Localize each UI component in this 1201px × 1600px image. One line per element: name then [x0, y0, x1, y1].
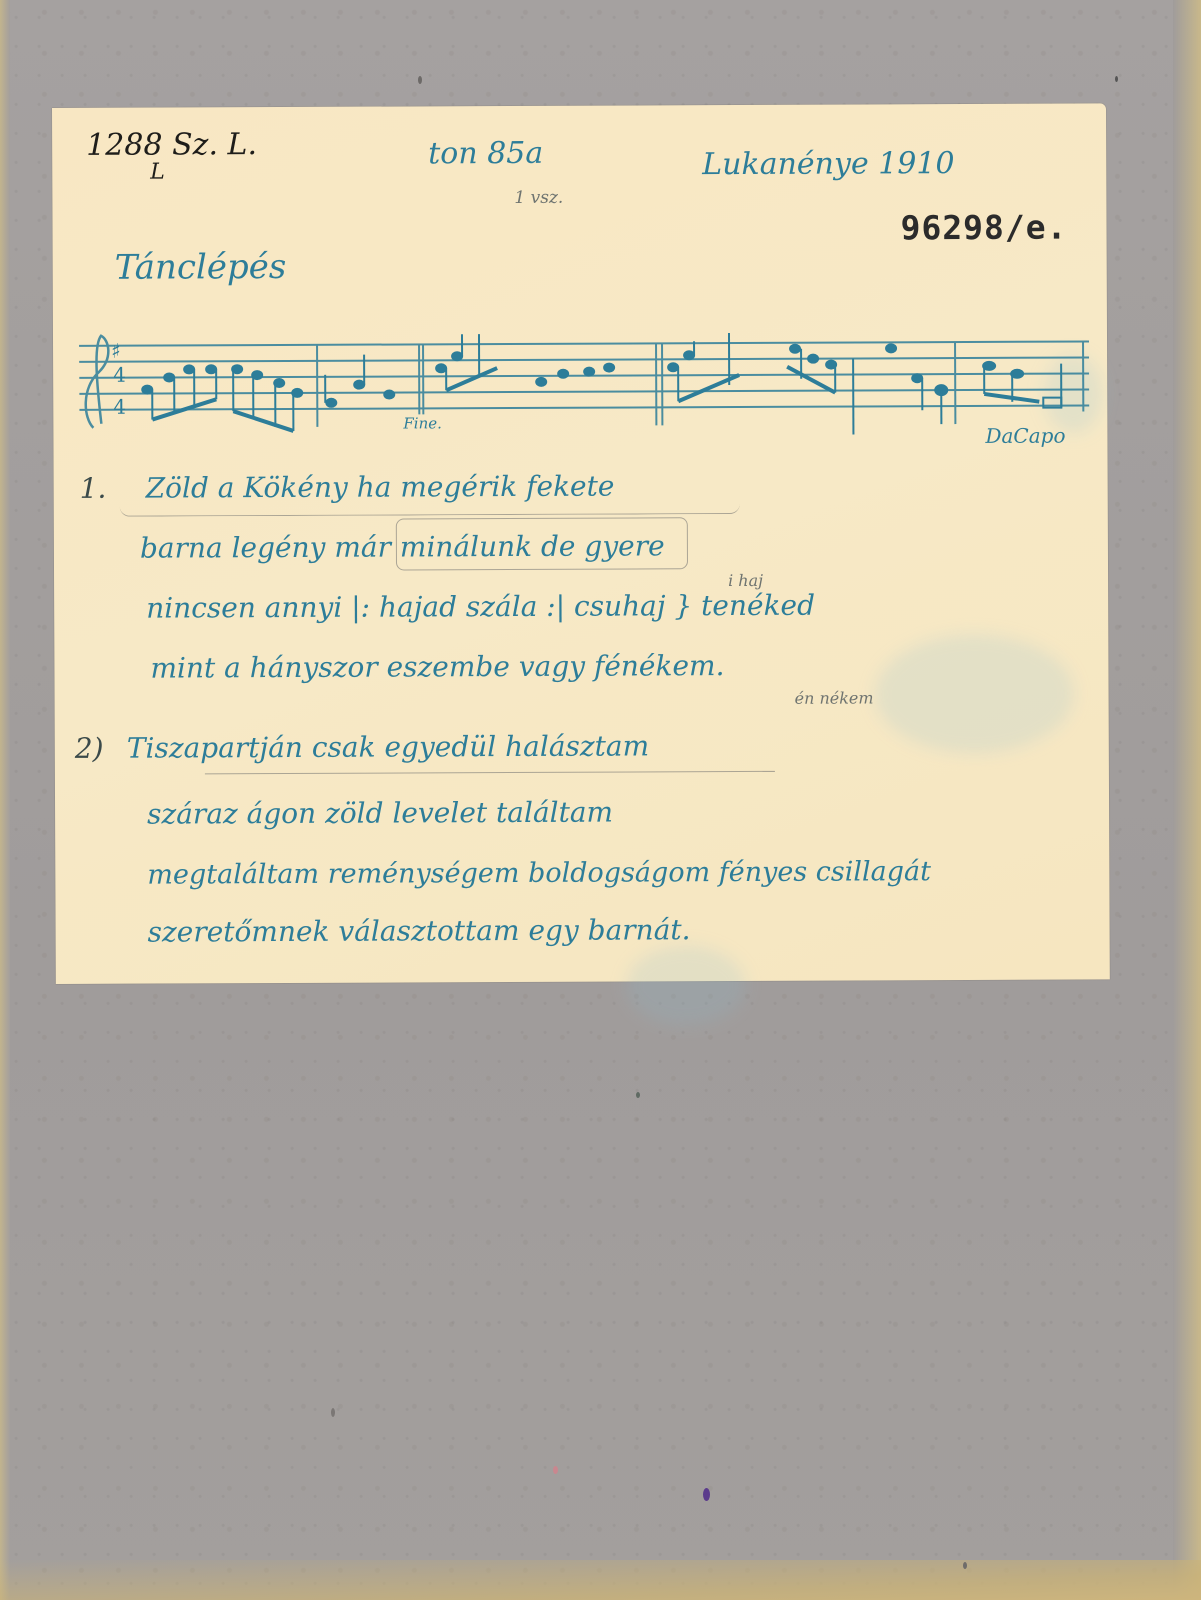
verse-2-line-2: száraz ágon zöld levelet találtam: [147, 796, 613, 831]
song-title: Tánclépés: [115, 247, 287, 288]
ink-stain: [626, 945, 746, 1026]
board-edge-bottom: [0, 1560, 1201, 1600]
board-speck: [1115, 76, 1118, 82]
pencil-underline: [205, 771, 775, 774]
verse-1-line-3: nincsen annyi |: hajad szála :| csuhaj }…: [146, 589, 815, 625]
verse-1-line-4: mint a hányszor eszembe vagy fénékem.: [150, 649, 724, 685]
board-speck: [331, 1408, 335, 1417]
archive-stamp-number: 96298/e.: [900, 208, 1067, 248]
catalog-mark-sub: L: [150, 160, 165, 185]
board-speck: [703, 1488, 710, 1501]
ink-stain: [874, 634, 1075, 755]
board-edge-left: [0, 0, 10, 1600]
board-speck: [553, 1466, 558, 1474]
staff-notation-icon: ♯ 4 4: [79, 323, 1089, 437]
board-edge-right: [1173, 0, 1201, 1600]
svg-text:4: 4: [113, 363, 126, 387]
verse-1-number: 1.: [80, 472, 107, 505]
pencil-bracket: [120, 501, 740, 517]
tune-reference: ton 85a: [428, 136, 543, 172]
board-speck: [418, 76, 422, 84]
svg-text:4: 4: [113, 395, 126, 419]
interlinear-note-ihaj: i haj: [728, 571, 763, 590]
tune-reference-sub: 1 vsz.: [514, 188, 563, 208]
verse-2-number: 2): [75, 732, 104, 765]
interlinear-note-ennekem: én nékem: [795, 688, 874, 707]
pencil-bracket: [396, 517, 688, 570]
location-year: Lukanénye 1910: [702, 146, 954, 182]
manuscript-slip: 1288 Sz. L. L ton 85a 1 vsz. Lukanénye 1…: [52, 103, 1110, 984]
catalog-mark: 1288 Sz. L.: [86, 127, 257, 163]
verse-1-line-1: Zöld a Kökény ha megérik fekete: [146, 470, 615, 505]
music-staff: ♯ 4 4: [79, 323, 1089, 437]
verse-2-line-1: Tiszapartján csak egyedül halásztam: [127, 729, 649, 764]
board-speck: [636, 1092, 640, 1098]
svg-text:♯: ♯: [111, 339, 121, 363]
verse-2-line-4: szeretőmnek választottam egy barnát.: [148, 913, 691, 948]
verse-2-line-3: megtaláltam reménységem boldogságom fény…: [147, 856, 931, 890]
dacapo-marking: DaCapo: [985, 424, 1065, 448]
fine-marking: Fine.: [403, 414, 442, 432]
board-speck: [963, 1562, 967, 1569]
